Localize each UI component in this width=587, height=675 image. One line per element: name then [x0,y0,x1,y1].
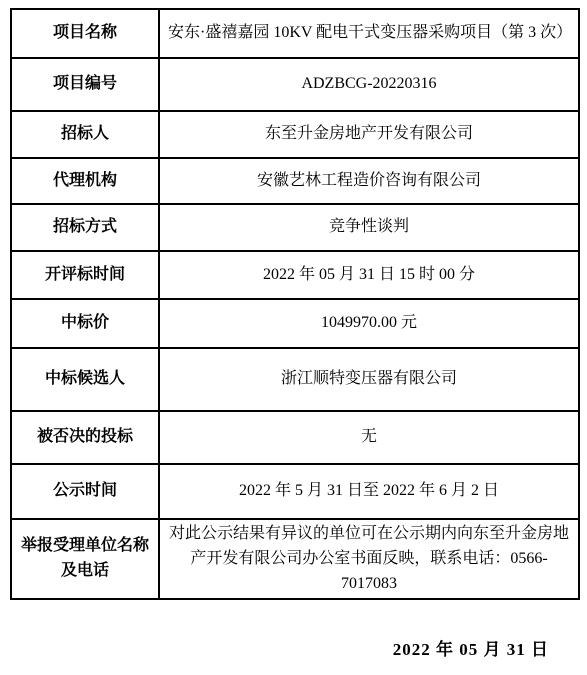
row-value: 2022 年 5 月 31 日至 2022 年 6 月 2 日 [159,464,579,519]
row-value: 对此公示结果有异议的单位可在公示期内向东至升金房地产开发有限公司办公室书面反映，… [159,519,579,599]
row-label: 开评标时间 [11,251,159,299]
row-label: 代理机构 [11,158,159,204]
row-label: 项目名称 [11,9,159,58]
row-label: 招标人 [11,111,159,158]
table-row: 公示时间 2022 年 5 月 31 日至 2022 年 6 月 2 日 [11,464,579,519]
table-row: 中标候选人 浙江顺特变压器有限公司 [11,348,579,411]
row-value: ADZBCG-20220316 [159,58,579,111]
row-label: 招标方式 [11,204,159,251]
table-row: 招标人 东至升金房地产开发有限公司 [11,111,579,158]
table-row: 项目名称 安东·盛禧嘉园 10KV 配电干式变压器采购项目（第 3 次） [11,9,579,58]
row-label: 举报受理单位名称及电话 [11,519,159,599]
row-value: 安徽艺林工程造价咨询有限公司 [159,158,579,204]
row-label: 公示时间 [11,464,159,519]
table-row: 招标方式 竞争性谈判 [11,204,579,251]
table-row: 被否决的投标 无 [11,411,579,464]
table-row: 中标价 1049970.00 元 [11,299,579,348]
row-label: 中标价 [11,299,159,348]
table-row: 代理机构 安徽艺林工程造价咨询有限公司 [11,158,579,204]
announcement-table: 项目名称 安东·盛禧嘉园 10KV 配电干式变压器采购项目（第 3 次） 项目编… [10,8,580,600]
row-value: 2022 年 05 月 31 日 15 时 00 分 [159,251,579,299]
row-label: 项目编号 [11,58,159,111]
row-value: 安东·盛禧嘉园 10KV 配电干式变压器采购项目（第 3 次） [159,9,579,58]
table-row: 举报受理单位名称及电话 对此公示结果有异议的单位可在公示期内向东至升金房地产开发… [11,519,579,599]
row-value: 竞争性谈判 [159,204,579,251]
table-row: 项目编号 ADZBCG-20220316 [11,58,579,111]
announcement-page: 项目名称 安东·盛禧嘉园 10KV 配电干式变压器采购项目（第 3 次） 项目编… [0,0,587,675]
row-value: 浙江顺特变压器有限公司 [159,348,579,411]
row-value: 东至升金房地产开发有限公司 [159,111,579,158]
publish-date: 2022 年 05 月 31 日 [0,635,549,660]
row-value: 1049970.00 元 [159,299,579,348]
table-row: 开评标时间 2022 年 05 月 31 日 15 时 00 分 [11,251,579,299]
row-label: 被否决的投标 [11,411,159,464]
row-label: 中标候选人 [11,348,159,411]
row-value: 无 [159,411,579,464]
